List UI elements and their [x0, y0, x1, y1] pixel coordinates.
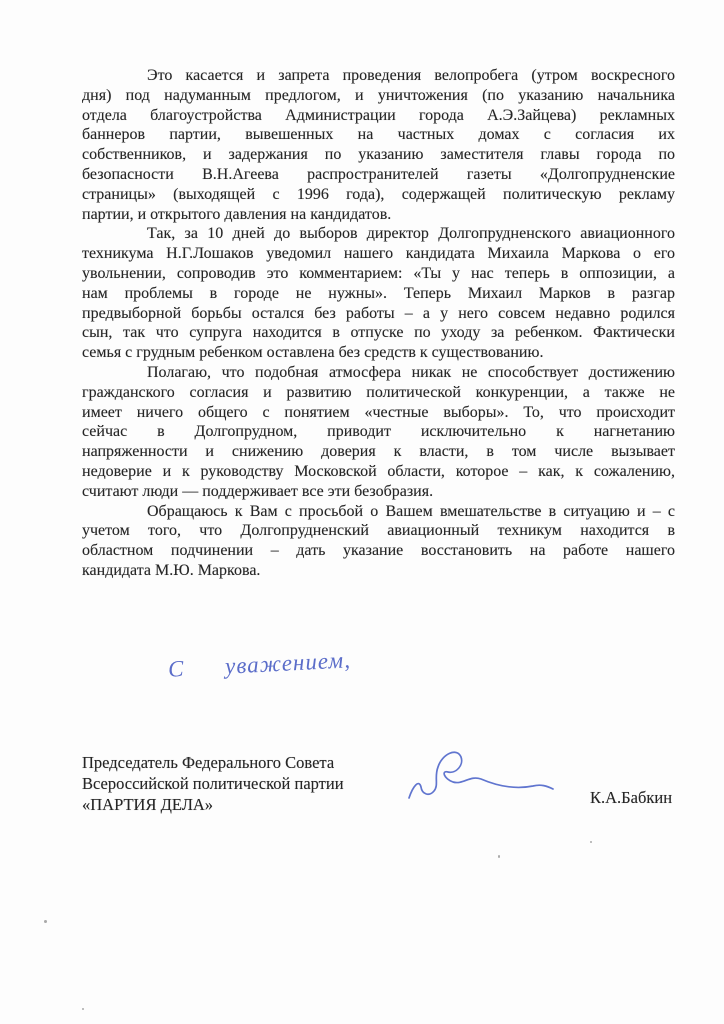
- text-line: кандидата М.Ю. Маркова.: [82, 561, 675, 581]
- text-line: техникума Н.Г.Лошаков уведомил нашего ка…: [82, 244, 675, 264]
- signer-title-line3: «ПАРТИЯ ДЕЛА»: [82, 794, 344, 815]
- text-line: имеет ничего общего с понятием «честные …: [82, 403, 675, 423]
- text-line: сейчас в Долгопрудном, приводит исключит…: [82, 422, 675, 442]
- text-line: предвыборной борьбы остался без работы –…: [82, 304, 675, 324]
- scan-speck: [590, 841, 592, 843]
- text-line: отдела благоустройства Администрации гор…: [82, 106, 675, 126]
- text-line: недоверие и к руководству Московской обл…: [82, 462, 675, 482]
- text-line: дня) под надуманным предлогом, и уничтож…: [82, 86, 675, 106]
- signer-title-line2: Всероссийской политической партии: [82, 773, 344, 794]
- text-line: увольнении, сопроводив это комментарием:…: [82, 264, 675, 284]
- text-line: страницы» (выходящей с 1996 года), содер…: [82, 185, 675, 205]
- text-line: напряженности и снижению доверия к власт…: [82, 442, 675, 462]
- text-line: баннеров партии, вывешенных на частных д…: [82, 125, 675, 145]
- text-line: сын, так что супруга находится в отпуске…: [82, 323, 675, 343]
- text-line: Так, за 10 дней до выборов директор Долг…: [82, 224, 675, 244]
- closing-handwritten: С уважением,: [167, 643, 428, 683]
- scan-speck: [82, 1008, 84, 1010]
- letter-body: Это касается и запрета проведения велопр…: [82, 66, 675, 581]
- signature-block: Председатель Федерального Совета Всеросс…: [82, 752, 344, 816]
- signer-title-line1: Председатель Федерального Совета: [82, 752, 344, 773]
- text-line: Это касается и запрета проведения велопр…: [82, 66, 675, 86]
- text-line: считают люди — поддерживает все эти безо…: [82, 482, 675, 502]
- scan-speck: [498, 855, 500, 858]
- scan-speck: [44, 920, 47, 923]
- text-line: Полагаю, что подобная атмосфера никак не…: [82, 363, 675, 383]
- text-line: гражданского согласия и развитию политич…: [82, 383, 675, 403]
- text-line: собственников, и задержания по указанию …: [82, 145, 675, 165]
- signature-scribble-icon: [403, 746, 561, 810]
- letter-page: Это касается и запрета проведения велопр…: [0, 0, 724, 1024]
- paragraph-3: Полагаю, что подобная атмосфера никак не…: [82, 363, 675, 502]
- text-line: безопасности В.Н.Агеева распространителе…: [82, 165, 675, 185]
- text-line: учетом того, что Долгопрудненский авиаци…: [82, 521, 675, 541]
- paragraph-4: Обращаюсь к Вам с просьбой о Вашем вмеша…: [82, 502, 675, 581]
- text-line: партии, и открытого давления на кандидат…: [82, 205, 675, 225]
- text-line: семья с грудным ребенком оставлена без с…: [82, 343, 675, 363]
- text-line: нам проблемы в городе не нужны». Теперь …: [82, 284, 675, 304]
- signer-name: К.А.Бабкин: [590, 788, 672, 808]
- text-line: областном подчинении – дать указание вос…: [82, 541, 675, 561]
- text-line: Обращаюсь к Вам с просьбой о Вашем вмеша…: [82, 502, 675, 522]
- paragraph-2: Так, за 10 дней до выборов директор Долг…: [82, 224, 675, 363]
- paragraph-1: Это касается и запрета проведения велопр…: [82, 66, 675, 224]
